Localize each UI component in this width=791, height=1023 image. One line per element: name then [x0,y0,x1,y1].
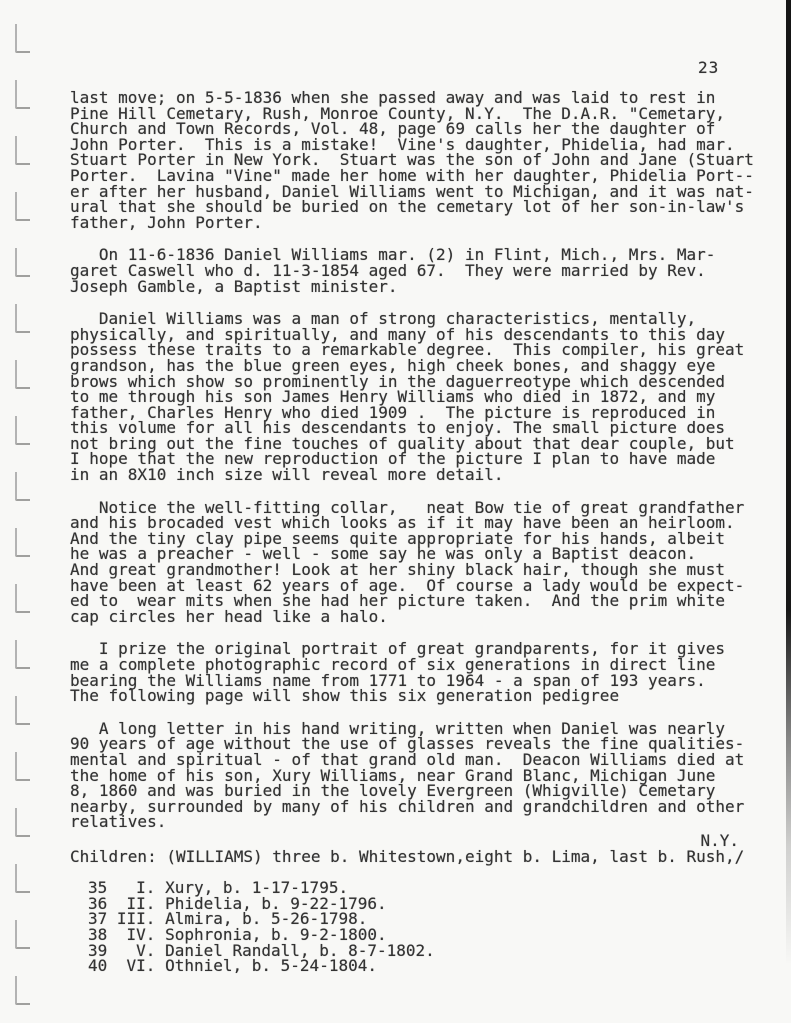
binding-mark [15,192,30,221]
binding-mark [15,920,30,949]
document-page: 23 last move; on 5-5-1836 when she passe… [0,0,791,1023]
binding-mark [15,584,30,613]
paragraph-burial: last move; on 5-5-1836 when she passed a… [70,90,776,230]
binding-mark [15,80,30,109]
binding-mark [15,640,30,669]
binding-mark [15,24,30,53]
paragraph-second-marriage: On 11-6-1836 Daniel Williams mar. (2) in… [70,247,776,294]
children-heading: Children: (WILLIAMS) three b. Whitestown… [70,849,776,865]
binding-mark [15,248,30,277]
binding-mark [15,416,30,445]
paragraph-characteristics: Daniel Williams was a man of strong char… [70,311,776,483]
document-body: last move; on 5-5-1836 when she passed a… [70,90,776,974]
page-number: 23 [698,58,719,77]
binding-mark [15,808,30,837]
binding-mark [15,864,30,893]
binding-mark [15,696,30,725]
binding-mark [15,752,30,781]
paragraph-long-letter: A long letter in his hand writing, writt… [70,721,776,830]
binding-mark [15,136,30,165]
binding-mark [15,472,30,501]
binding-mark [15,304,30,333]
children-list: 35 I. Xury, b. 1-17-1795. 36 II. Phideli… [88,880,776,974]
binding-mark [15,528,30,557]
binding-mark [15,360,30,389]
paragraph-portrait-details: Notice the well-fitting collar, neat Bow… [70,500,776,625]
paragraph-prized-portrait: I prize the original portrait of great g… [70,641,776,703]
book-edge-shadow [786,0,791,985]
binding-mark [15,976,30,1005]
